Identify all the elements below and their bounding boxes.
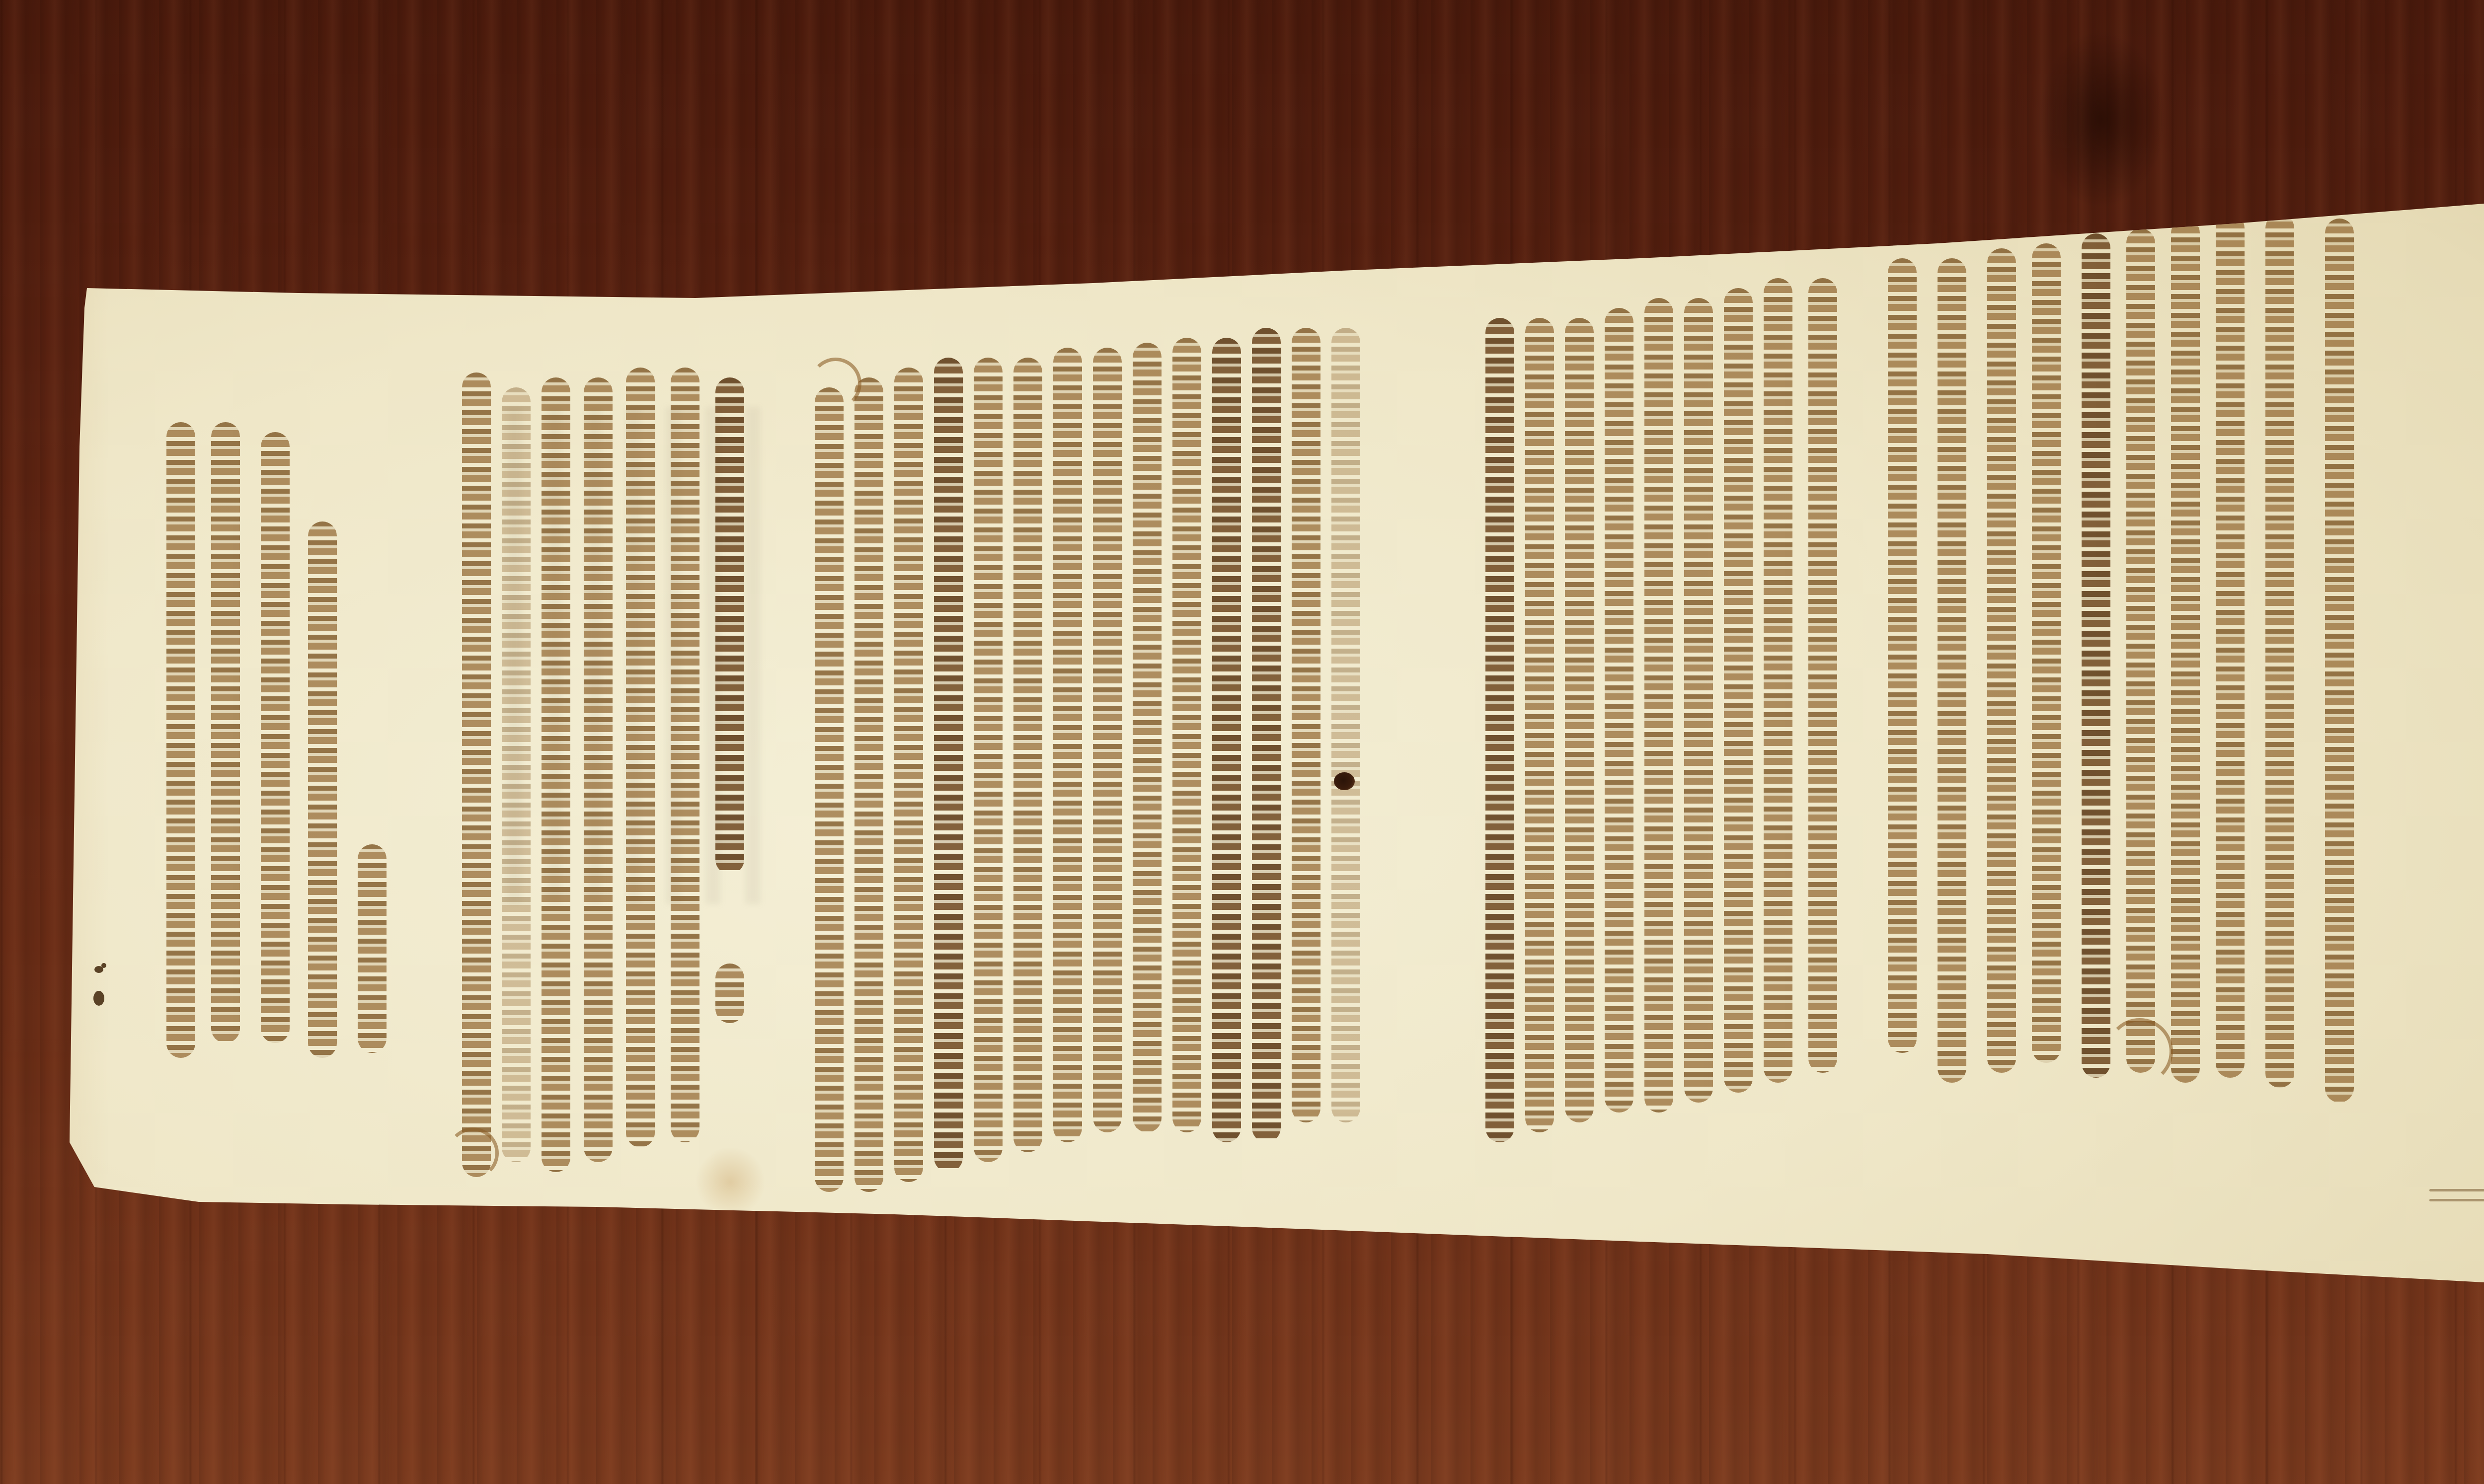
transcription-note: Handwriting not reliably legible at this… <box>0 0 0 0</box>
folio-mark <box>89 961 109 1016</box>
ink-flourish <box>2106 1018 2173 1085</box>
paper-hole <box>1334 772 1355 790</box>
ink-flourish <box>447 1127 499 1179</box>
tally-text: || <box>0 0 0 0</box>
ink-flourish <box>810 358 861 409</box>
wood-knot <box>2037 30 2166 209</box>
tally-mark <box>2429 1187 2484 1204</box>
manuscript-page: Handwriting not reliably legible at this… <box>0 0 2484 1484</box>
paper-stain <box>0 0 2484 1484</box>
